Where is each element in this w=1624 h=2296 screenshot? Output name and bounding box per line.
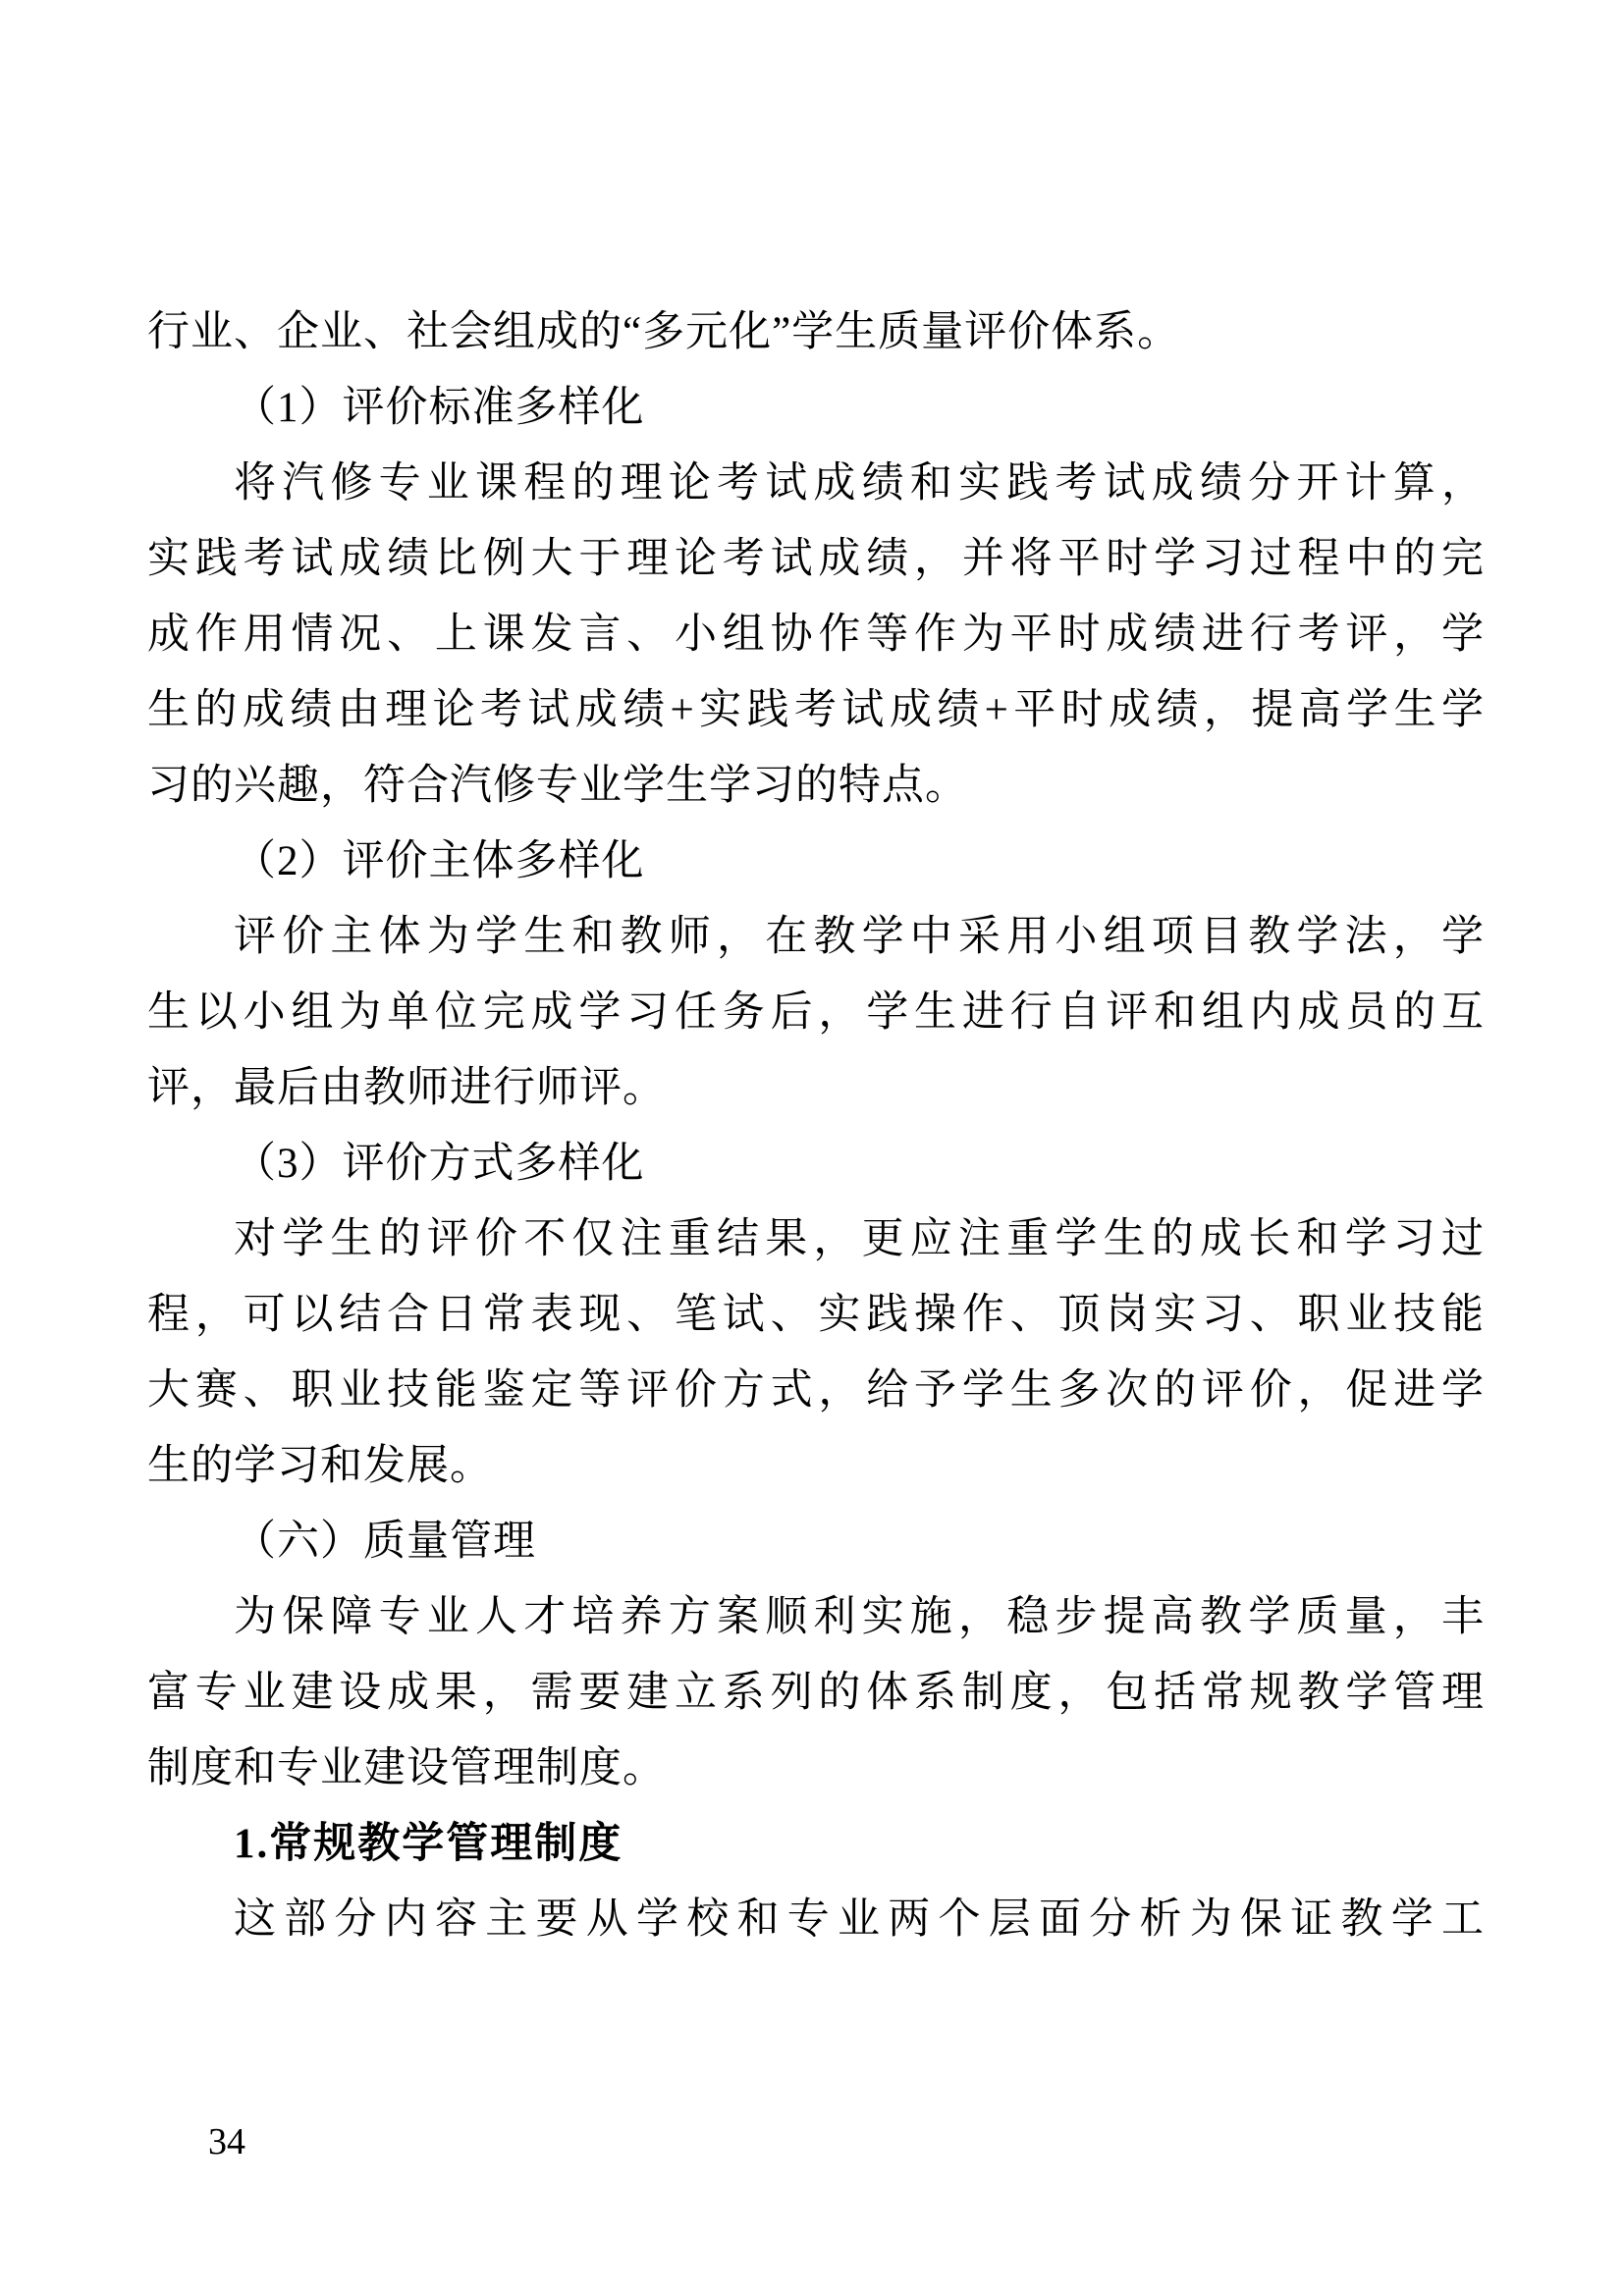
document-page: 行业、企业、社会组成的“多元化”学生质量评价体系。（1）评价标准多样化将汽修专业…	[0, 0, 1624, 2296]
page-number: 34	[208, 2120, 245, 2163]
paragraph-end-line: 制度和专业建设管理制度。	[147, 1731, 1485, 1806]
paragraph-line: 程，可以结合日常表现、笔试、实践操作、顶岗实习、职业技能	[147, 1277, 1485, 1353]
paragraph-first-line: 为保障专业人才培养方案顺利实施，稳步提高教学质量，丰	[147, 1579, 1485, 1655]
list-subheading: （2）评价主体多样化	[147, 824, 1485, 899]
list-subheading: （1）评价标准多样化	[147, 370, 1485, 446]
paragraph-line: 富专业建设成果，需要建立系列的体系制度，包括常规教学管理	[147, 1655, 1485, 1731]
paragraph-end-line: 行业、企业、社会组成的“多元化”学生质量评价体系。	[147, 294, 1485, 370]
paragraph-end-line: 评，最后由教师进行师评。	[147, 1050, 1485, 1126]
paragraph-end-line: 生的学习和发展。	[147, 1428, 1485, 1504]
page-body-text: 行业、企业、社会组成的“多元化”学生质量评价体系。（1）评价标准多样化将汽修专业…	[147, 294, 1485, 1957]
paragraph-line: 成作用情况、上课发言、小组协作等作为平时成绩进行考评，学	[147, 597, 1485, 672]
numbered-bold-heading: 1.常规教学管理制度	[147, 1806, 1485, 1882]
paragraph-first-line: 对学生的评价不仅注重结果，更应注重学生的成长和学习过	[147, 1201, 1485, 1277]
list-subheading: （3）评价方式多样化	[147, 1126, 1485, 1201]
paragraph-line: 生的成绩由理论考试成绩+实践考试成绩+平时成绩，提高学生学	[147, 672, 1485, 748]
paragraph-line: 实践考试成绩比例大于理论考试成绩，并将平时学习过程中的完	[147, 521, 1485, 597]
paragraph-first-line: 将汽修专业课程的理论考试成绩和实践考试成绩分开计算，	[147, 446, 1485, 521]
paragraph-first-line: 评价主体为学生和教师，在教学中采用小组项目教学法，学	[147, 899, 1485, 975]
paragraph-line: 生以小组为单位完成学习任务后，学生进行自评和组内成员的互	[147, 975, 1485, 1050]
paragraph-line: 大赛、职业技能鉴定等评价方式，给予学生多次的评价，促进学	[147, 1353, 1485, 1428]
paragraph-end-line: 习的兴趣，符合汽修专业学生学习的特点。	[147, 748, 1485, 824]
list-subheading: （六）质量管理	[147, 1504, 1485, 1579]
paragraph-first-line: 这部分内容主要从学校和专业两个层面分析为保证教学工	[147, 1882, 1485, 1957]
